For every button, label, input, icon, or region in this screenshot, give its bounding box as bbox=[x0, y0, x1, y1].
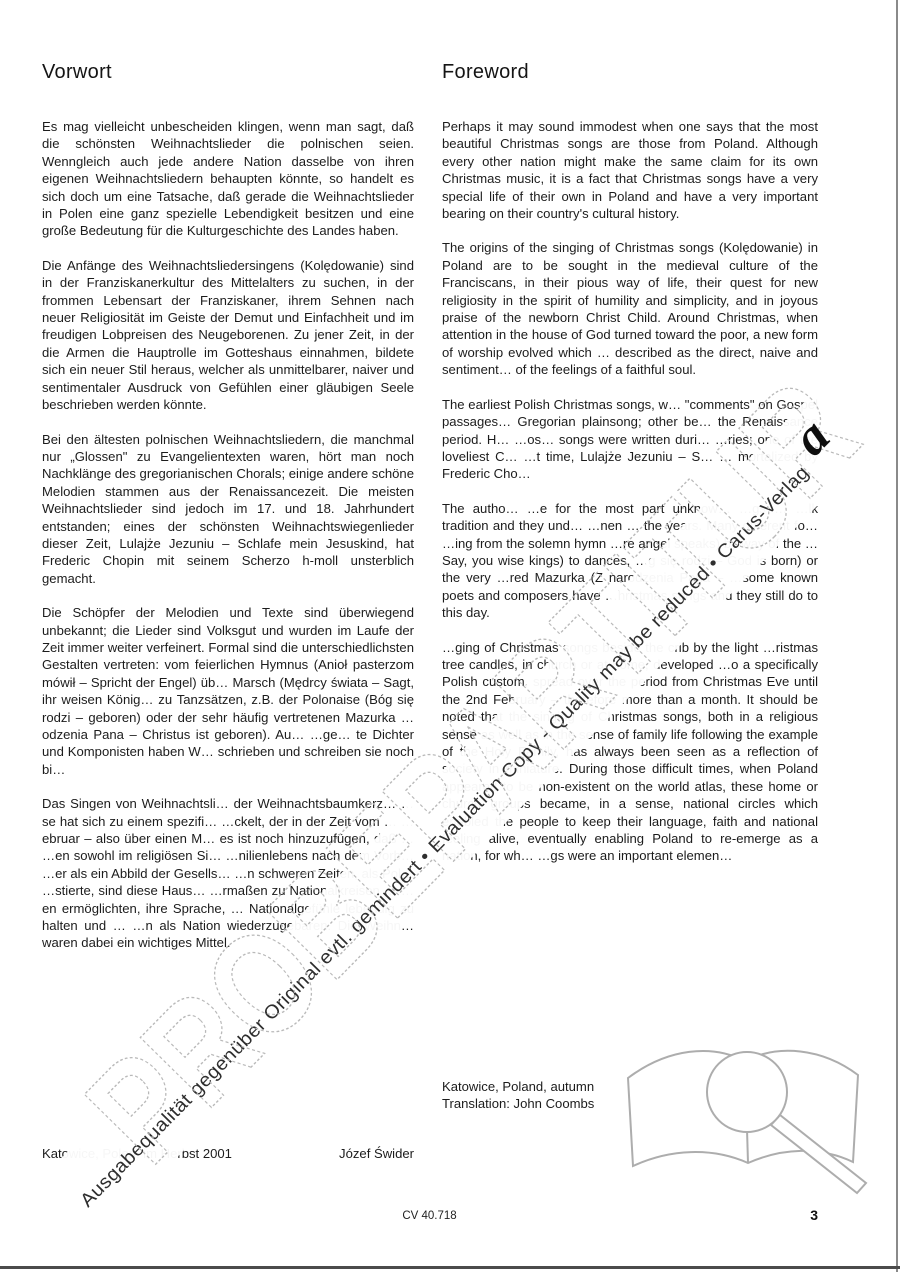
english-column: Foreword Perhaps it may sound immodest w… bbox=[442, 62, 818, 882]
english-signoff-translator: Translation: John Coombs bbox=[442, 1095, 818, 1112]
page-number: 3 bbox=[760, 1207, 818, 1223]
english-paragraph-4: The autho… …e for the most part unknow… … bbox=[442, 500, 818, 622]
german-paragraph-3: Bei den ältesten polnischen Weihnachtsli… bbox=[42, 431, 414, 588]
german-signoff-author: Józef Świder bbox=[339, 1146, 414, 1161]
german-paragraph-2: Die Anfänge des Weihnachtsliedersingens … bbox=[42, 257, 414, 414]
book-magnifier-logo-icon bbox=[628, 1051, 866, 1193]
catalog-number: CV 40.718 bbox=[42, 1210, 817, 1222]
magnifier-handle bbox=[771, 1115, 866, 1193]
german-heading: Vorwort bbox=[42, 62, 414, 82]
german-paragraph-1: Es mag vielleicht unbescheiden klingen, … bbox=[42, 118, 414, 240]
scan-edge-bottom bbox=[0, 1266, 900, 1269]
german-signoff: Katowice, Polen, im Herbst 2001 Józef Św… bbox=[42, 1146, 414, 1161]
english-signoff: Katowice, Poland, autumn Translation: Jo… bbox=[442, 1078, 818, 1113]
english-paragraph-2: The origins of the singing of Christmas … bbox=[442, 239, 818, 378]
german-paragraph-5: Das Singen von Weihnachtsli… der Weihnac… bbox=[42, 795, 414, 952]
english-paragraph-1: Perhaps it may sound immodest when one s… bbox=[442, 118, 818, 222]
german-paragraph-4: Die Schöpfer der Melodien und Texte sind… bbox=[42, 604, 414, 778]
english-paragraph-5: …ging of Christmas songs beside the crib… bbox=[442, 639, 818, 865]
scan-edge-right bbox=[896, 0, 898, 1272]
english-paragraph-3: The earliest Polish Christmas songs, w… … bbox=[442, 396, 818, 483]
german-signoff-place: Katowice, Polen, im Herbst 2001 bbox=[42, 1146, 232, 1161]
english-heading: Foreword bbox=[442, 62, 818, 82]
score-preface-page: Vorwort Es mag vielleicht unbescheiden k… bbox=[0, 0, 900, 1272]
german-column: Vorwort Es mag vielleicht unbescheiden k… bbox=[42, 62, 414, 969]
english-signoff-place: Katowice, Poland, autumn bbox=[442, 1078, 818, 1095]
